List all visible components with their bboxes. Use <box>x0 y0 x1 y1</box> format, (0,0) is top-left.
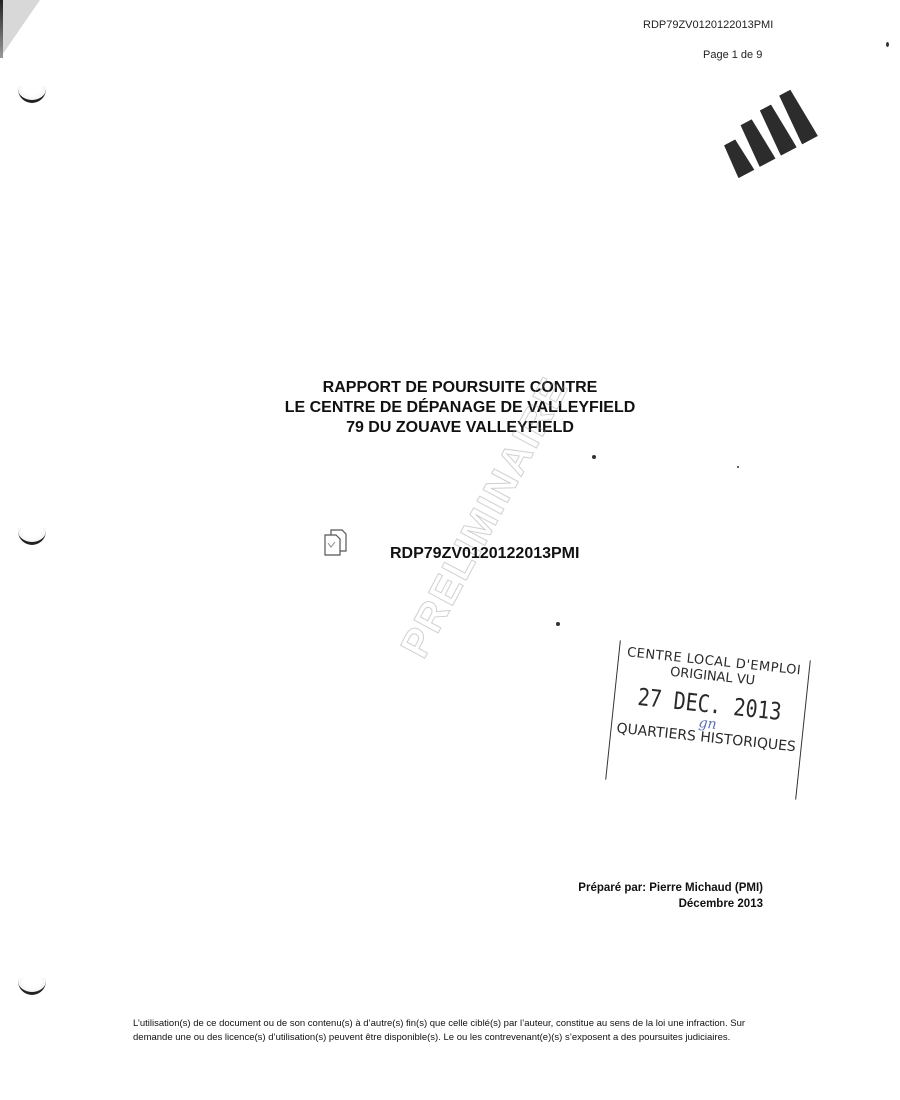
reference-code: RDP79ZV0120122013PMI <box>390 545 579 563</box>
folded-corner <box>0 0 40 58</box>
legal-notice: L’utilisation(s) de ce document ou de so… <box>133 1017 773 1045</box>
header-document-code: RDP79ZV0120122013PMI <box>643 19 773 31</box>
title-line-3: 79 DU ZOUAVE VALLEYFIELD <box>250 418 670 438</box>
report-date: Décembre 2013 <box>578 896 763 912</box>
punch-hole <box>18 528 46 545</box>
author-block: Préparé par: Pierre Michaud (PMI) Décemb… <box>578 880 763 912</box>
title-line-1: RAPPORT DE POURSUITE CONTRE <box>250 378 670 398</box>
scan-speck <box>737 466 739 468</box>
punch-hole <box>18 86 46 103</box>
title-line-2: LE CENTRE DE DÉPANAGE DE VALLEYFIELD <box>250 398 670 418</box>
scan-stripe-mark <box>710 74 835 179</box>
page-number: Page 1 de 9 <box>703 49 762 61</box>
scan-speck <box>556 622 560 626</box>
prepared-by: Préparé par: Pierre Michaud (PMI) <box>578 880 763 896</box>
reception-stamp: CENTRE LOCAL D'EMPLOI ORIGINAL VU 27 DEC… <box>605 640 811 799</box>
scan-speck <box>886 42 889 47</box>
report-title: RAPPORT DE POURSUITE CONTRE LE CENTRE DE… <box>250 378 670 438</box>
punch-hole <box>18 978 46 995</box>
scan-speck <box>592 455 596 459</box>
document-icon <box>322 527 352 557</box>
